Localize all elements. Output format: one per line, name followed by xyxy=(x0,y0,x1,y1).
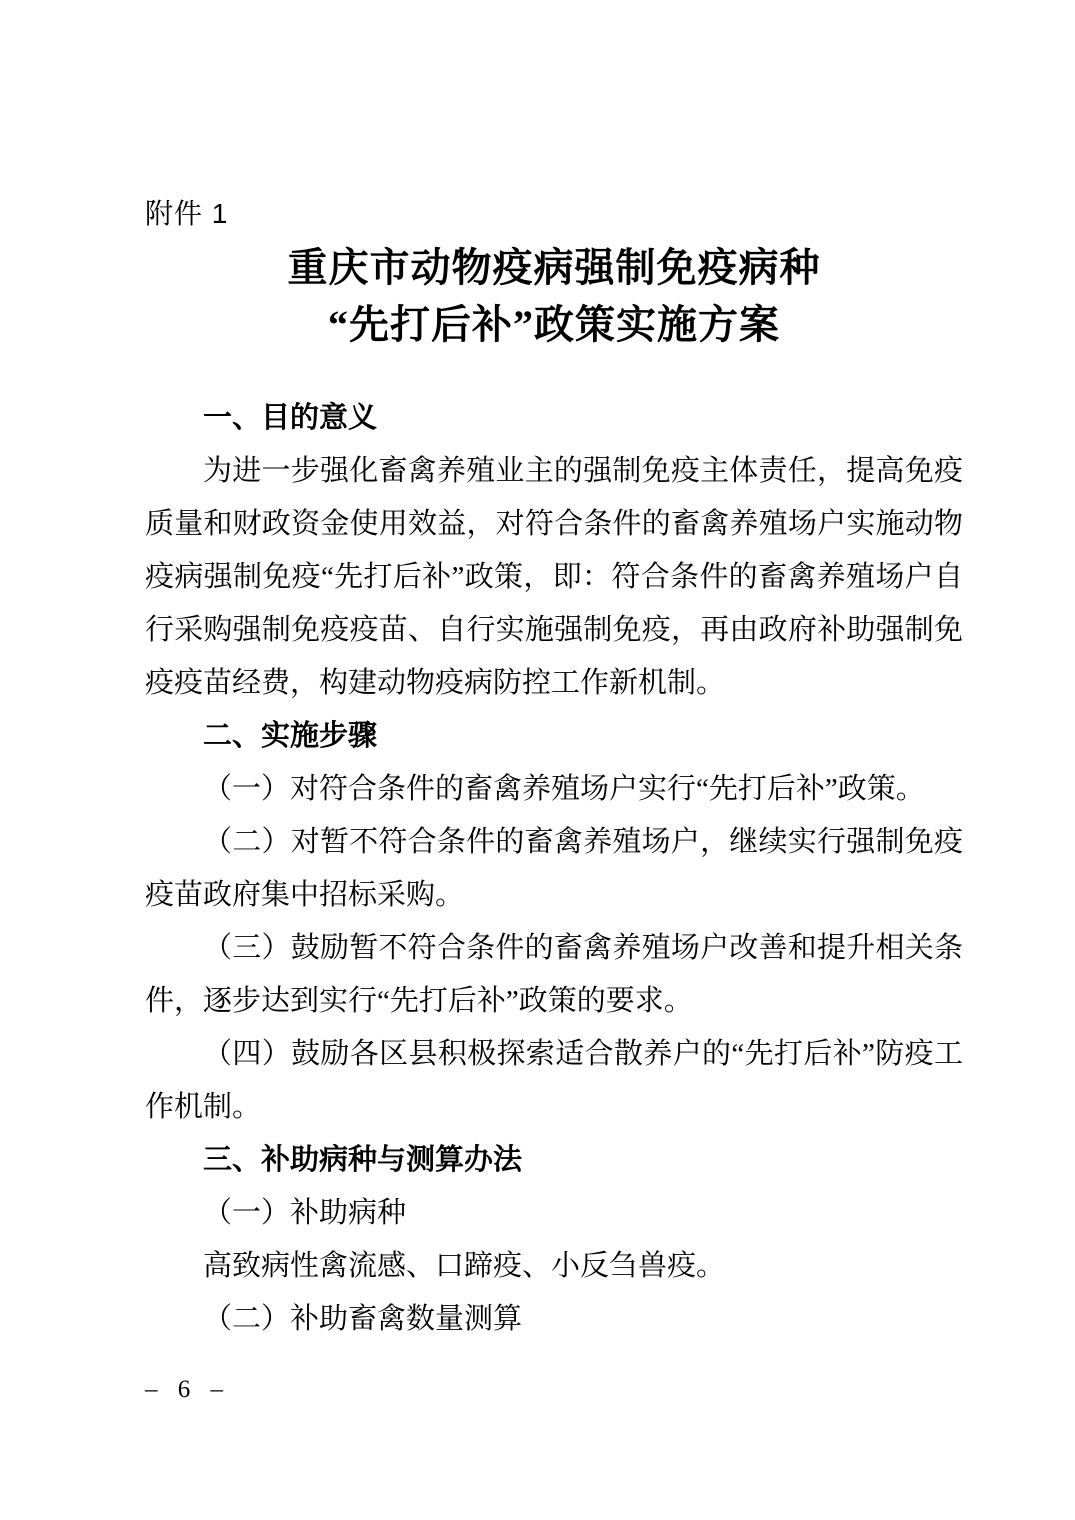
document-title: 重庆市动物疫病强制免疫病种 “先打后补”政策实施方案 xyxy=(145,239,963,353)
document-page: 附件 1 重庆市动物疫病强制免疫病种 “先打后补”政策实施方案 一、目的意义 为… xyxy=(0,0,1075,1520)
section-1-paragraph-1: 为进一步强化畜禽养殖业主的强制免疫主体责任，提高免疫质量和财政资金使用效益，对符… xyxy=(145,445,963,710)
section-2-paragraph-4: （四）鼓励各区县积极探索适合散养户的“先打后补”防疫工作机制。 xyxy=(145,1028,963,1134)
document-content: 附件 1 重庆市动物疫病强制免疫病种 “先打后补”政策实施方案 一、目的意义 为… xyxy=(145,0,963,1346)
section-heading-3: 三、补助病种与测算办法 xyxy=(145,1134,963,1187)
section-2-paragraph-2: （二）对暂不符合条件的畜禽养殖场户，继续实行强制免疫疫苗政府集中招标采购。 xyxy=(145,816,963,922)
section-2-paragraph-1: （一）对符合条件的畜禽养殖场户实行“先打后补”政策。 xyxy=(145,763,963,816)
section-3-paragraph-1: 高致病性禽流感、口蹄疫、小反刍兽疫。 xyxy=(145,1240,963,1293)
section-3-subheading-1: （一）补助病种 xyxy=(145,1187,963,1240)
page-number: – 6 – xyxy=(145,1372,226,1408)
section-2-paragraph-3: （三）鼓励暂不符合条件的畜禽养殖场户改善和提升相关条件，逐步达到实行“先打后补”… xyxy=(145,922,963,1028)
document-title-line1: 重庆市动物疫病强制免疫病种 xyxy=(145,239,963,296)
attachment-label: 附件 1 xyxy=(145,193,963,235)
document-title-line2: “先打后补”政策实施方案 xyxy=(145,296,963,353)
section-3-subheading-2: （二）补助畜禽数量测算 xyxy=(145,1293,963,1346)
section-heading-1: 一、目的意义 xyxy=(145,392,963,445)
section-heading-2: 二、实施步骤 xyxy=(145,710,963,763)
